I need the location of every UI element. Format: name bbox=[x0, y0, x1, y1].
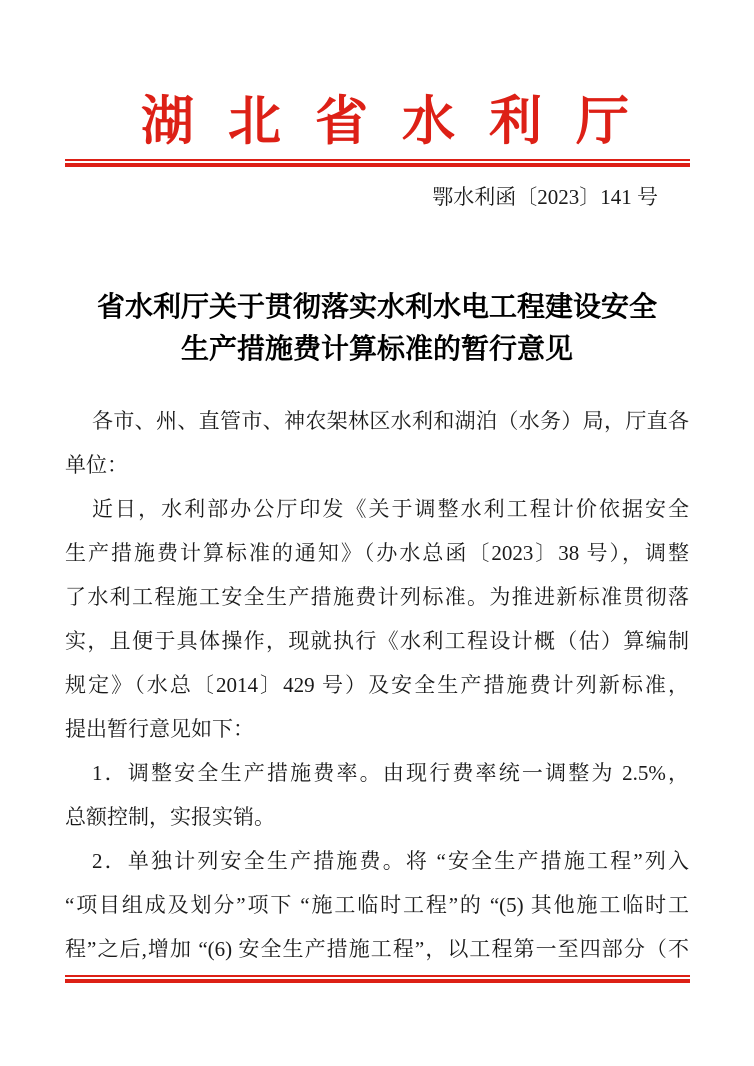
header-divider-thick-line bbox=[65, 163, 690, 167]
document-title: 省水利厅关于贯彻落实水利水电工程建设安全 生产措施费计算标准的暂行意见 bbox=[0, 287, 754, 371]
body-line: 规定》（水总〔2014〕429 号）及安全生产措施费计列新标准， bbox=[65, 663, 689, 707]
body-line: 1．调整安全生产措施费率。由现行费率统一调整为 2.5%， bbox=[65, 751, 689, 795]
body-line: 各市、州、直管市、神农架林区水利和湖泊（水务）局，厅直各 bbox=[65, 399, 689, 443]
footer-divider-thick-line bbox=[65, 979, 690, 983]
footer-divider bbox=[65, 975, 690, 983]
body-line: 提出暂行意见如下： bbox=[65, 707, 689, 751]
document-title-line-1: 省水利厅关于贯彻落实水利水电工程建设安全 bbox=[0, 287, 754, 329]
header-divider-thin-line bbox=[65, 159, 690, 161]
body-line: 近日，水利部办公厅印发《关于调整水利工程计价依据安全 bbox=[65, 487, 689, 531]
document-number: 鄂水利函〔2023〕141 号 bbox=[0, 184, 754, 210]
body-line: 2．单独计列安全生产措施费。将 “安全生产措施工程”列入 bbox=[65, 839, 689, 883]
document-page: 湖北省水利厅 鄂水利函〔2023〕141 号 省水利厅关于贯彻落实水利水电工程建… bbox=[0, 0, 754, 1066]
body-line: 了水利工程施工安全生产措施费计列标准。为推进新标准贯彻落 bbox=[65, 575, 689, 619]
body-line: 生产措施费计算标准的通知》（办水总函〔2023〕38 号），调整 bbox=[65, 531, 689, 575]
header-divider bbox=[65, 159, 690, 167]
body-text: 各市、州、直管市、神农架林区水利和湖泊（水务）局，厅直各单位：近日，水利部办公厅… bbox=[65, 399, 689, 971]
body-line: “项目组成及划分”项下 “施工临时工程”的 “(5) 其他施工临时工 bbox=[65, 883, 689, 927]
body-line: 总额控制，实报实销。 bbox=[65, 795, 689, 839]
body-line: 程”之后,增加 “(6) 安全生产措施工程”，以工程第一至四部分（不 bbox=[65, 927, 689, 971]
agency-name: 湖北省水利厅 bbox=[0, 92, 754, 152]
footer-divider-thin-line bbox=[65, 975, 690, 977]
document-title-line-2: 生产措施费计算标准的暂行意见 bbox=[0, 329, 754, 371]
body-line: 单位： bbox=[65, 443, 689, 487]
body-line: 实，且便于具体操作，现就执行《水利工程设计概（估）算编制 bbox=[65, 619, 689, 663]
